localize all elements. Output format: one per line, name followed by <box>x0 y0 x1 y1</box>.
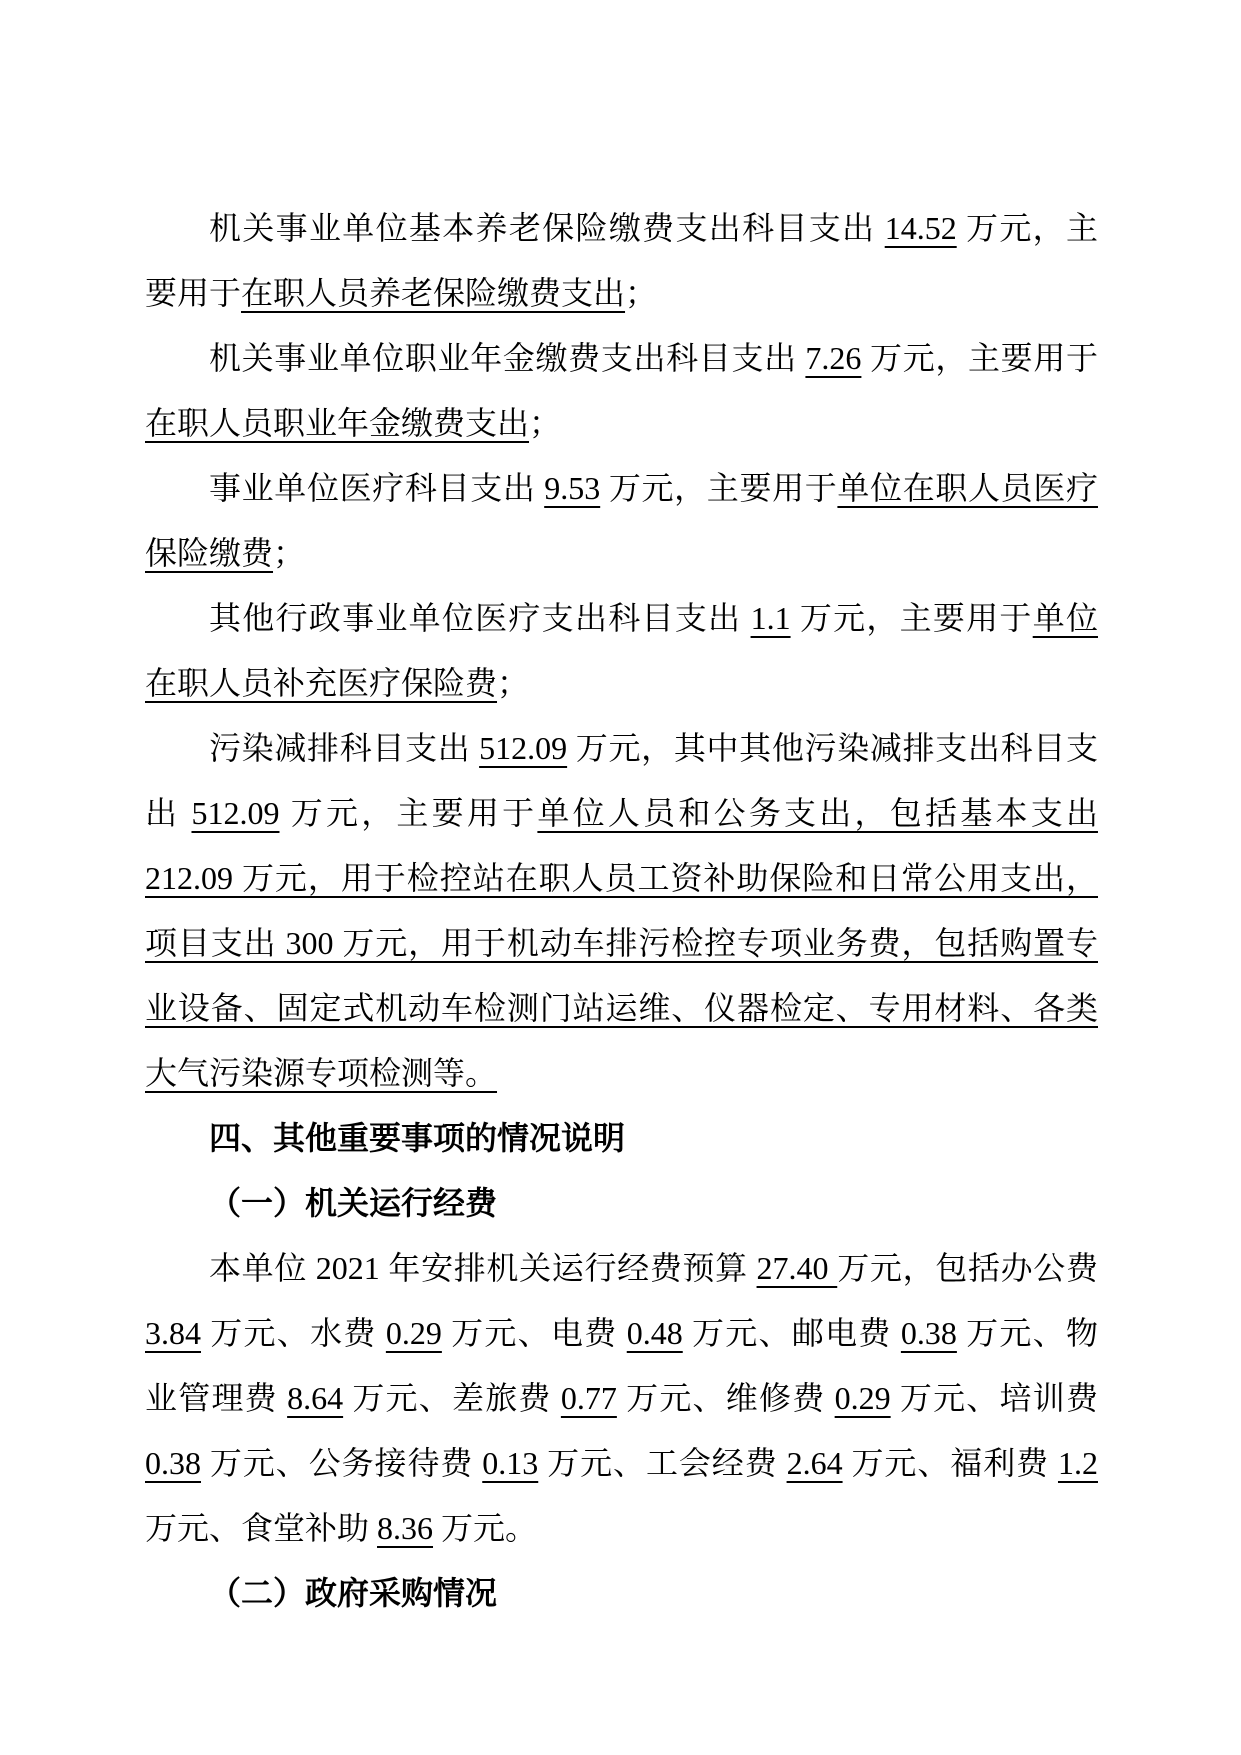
text-segment: ； <box>625 275 657 311</box>
text-segment: 其他行政事业单位医疗支出科目支出 <box>209 600 751 636</box>
subsection-heading-text: （二）政府采购情况 <box>209 1575 497 1611</box>
underlined-phrase: 单位人员和公务支出，包括基本支出 <box>537 795 1098 831</box>
text-segment: 万元，主要用于 <box>279 795 537 831</box>
paragraph-line: 3.84 万元、水费 0.29 万元、电费 0.48 万元、邮电费 0.38 万… <box>145 1301 1098 1366</box>
paragraph-line: 出 512.09 万元，主要用于单位人员和公务支出，包括基本支出 <box>145 781 1098 846</box>
underlined-value: 27.40 <box>757 1250 838 1286</box>
underlined-value: 0.13 <box>482 1445 538 1481</box>
text-segment: 万元、差旅费 <box>343 1380 561 1416</box>
paragraph-line: 机关事业单位基本养老保险缴费支出科目支出 14.52 万元，主 <box>145 196 1098 261</box>
underlined-value: 0.29 <box>386 1315 442 1351</box>
text-segment: 万元、培训费 <box>891 1380 1098 1416</box>
paragraph-line: 保险缴费； <box>145 521 1098 586</box>
underlined-value: 0.29 <box>835 1380 891 1416</box>
subsection-heading: （一）机关运行经费 <box>145 1171 1098 1236</box>
paragraph-line: 212.09 万元，用于检控站在职人员工资补助保险和日常公用支出， <box>145 846 1098 911</box>
underlined-value: 1.2 <box>1058 1445 1098 1481</box>
underlined-value: 8.64 <box>287 1380 343 1416</box>
text-segment: 万元，主要用于 <box>861 340 1098 376</box>
text-segment: 万元、公务接待费 <box>201 1445 482 1481</box>
section-heading: 四、其他重要事项的情况说明 <box>145 1106 1098 1171</box>
text-segment: 万元、食堂补助 <box>145 1510 377 1546</box>
text-segment: 万元、维修费 <box>617 1380 835 1416</box>
underlined-value: 512.09 <box>191 795 279 831</box>
underlined-value: 512.09 <box>479 730 567 766</box>
text-segment: 业管理费 <box>145 1380 287 1416</box>
text-segment: ； <box>273 535 305 571</box>
paragraph-line: 业设备、固定式机动车检测门站运维、仪器检定、专用材料、各类 <box>145 976 1098 1041</box>
text-segment: ； <box>529 405 561 441</box>
underlined-value: 8.36 <box>377 1510 433 1546</box>
underlined-phrase: 业设备、固定式机动车检测门站运维、仪器检定、专用材料、各类 <box>145 990 1098 1026</box>
text-segment: 万元、物 <box>957 1315 1098 1351</box>
paragraph-line: 大气污染源专项检测等。 <box>145 1041 1098 1106</box>
paragraph-line: 项目支出 300 万元，用于机动车排污检控专项业务费，包括购置专 <box>145 911 1098 976</box>
subsection-heading-text: （一）机关运行经费 <box>209 1185 497 1221</box>
text-segment: 万元，主 <box>957 210 1098 246</box>
text-segment: 万元。 <box>433 1510 537 1546</box>
section-heading-text: 四、其他重要事项的情况说明 <box>209 1120 625 1156</box>
text-segment: 万元，包括办公费 <box>837 1250 1098 1286</box>
underlined-value: 1.1 <box>751 600 791 636</box>
text-segment: 万元、福利费 <box>843 1445 1058 1481</box>
underlined-value: 3.84 <box>145 1315 201 1351</box>
text-segment: 出 <box>145 795 191 831</box>
underlined-value: 0.77 <box>561 1380 617 1416</box>
text-segment: 事业单位医疗科目支出 <box>209 470 544 506</box>
text-segment: 万元，主要用于 <box>791 600 1033 636</box>
underlined-phrase: 在职人员补充医疗保险费 <box>145 665 497 701</box>
text-segment: 万元，其中其他污染减排支出科目支 <box>567 730 1098 766</box>
underlined-phrase: 大气污染源专项检测等。 <box>145 1055 497 1091</box>
underlined-phrase: 保险缴费 <box>145 535 273 571</box>
underlined-value: 14.52 <box>885 210 957 246</box>
paragraph-line: 其他行政事业单位医疗支出科目支出 1.1 万元，主要用于单位 <box>145 586 1098 651</box>
text-segment: 机关事业单位职业年金缴费支出科目支出 <box>209 340 805 376</box>
underlined-phrase: 在职人员养老保险缴费支出 <box>241 275 625 311</box>
document-page: 机关事业单位基本养老保险缴费支出科目支出 14.52 万元，主 要用于在职人员养… <box>0 0 1241 1755</box>
text-segment: 污染减排科目支出 <box>209 730 479 766</box>
paragraph-line: 在职人员补充医疗保险费； <box>145 651 1098 716</box>
paragraph-line: 要用于在职人员养老保险缴费支出； <box>145 261 1098 326</box>
paragraph-line: 污染减排科目支出 512.09 万元，其中其他污染减排支出科目支 <box>145 716 1098 781</box>
text-segment: 本单位 2021 年安排机关运行经费预算 <box>209 1250 757 1286</box>
text-segment: 要用于 <box>145 275 241 311</box>
underlined-value: 2.64 <box>787 1445 843 1481</box>
text-segment: 万元、邮电费 <box>683 1315 901 1351</box>
underlined-phrase: 单位在职人员医疗 <box>837 470 1098 506</box>
text-segment: 万元、工会经费 <box>538 1445 786 1481</box>
underlined-phrase: 项目支出 300 万元，用于机动车排污检控专项业务费，包括购置专 <box>145 925 1098 961</box>
paragraph-line: 机关事业单位职业年金缴费支出科目支出 7.26 万元，主要用于 <box>145 326 1098 391</box>
underlined-value: 7.26 <box>805 340 861 376</box>
underlined-phrase: 单位 <box>1033 600 1098 636</box>
text-segment: 机关事业单位基本养老保险缴费支出科目支出 <box>209 210 885 246</box>
underlined-value: 0.38 <box>901 1315 957 1351</box>
paragraph-line: 事业单位医疗科目支出 9.53 万元，主要用于单位在职人员医疗 <box>145 456 1098 521</box>
text-segment: ； <box>497 665 529 701</box>
paragraph-line: 在职人员职业年金缴费支出； <box>145 391 1098 456</box>
underlined-phrase: 在职人员职业年金缴费支出 <box>145 405 529 441</box>
text-segment: 万元、水费 <box>201 1315 386 1351</box>
paragraph-line: 业管理费 8.64 万元、差旅费 0.77 万元、维修费 0.29 万元、培训费 <box>145 1366 1098 1431</box>
paragraph-line: 0.38 万元、公务接待费 0.13 万元、工会经费 2.64 万元、福利费 1… <box>145 1431 1098 1496</box>
underlined-value: 0.48 <box>627 1315 683 1351</box>
paragraph-line: 本单位 2021 年安排机关运行经费预算 27.40 万元，包括办公费 <box>145 1236 1098 1301</box>
subsection-heading: （二）政府采购情况 <box>145 1561 1098 1626</box>
underlined-phrase: 212.09 万元，用于检控站在职人员工资补助保险和日常公用支出， <box>145 860 1098 896</box>
text-segment: 万元，主要用于 <box>600 470 837 506</box>
paragraph-line: 万元、食堂补助 8.36 万元。 <box>145 1496 1098 1561</box>
underlined-value: 0.38 <box>145 1445 201 1481</box>
text-segment: 万元、电费 <box>442 1315 627 1351</box>
underlined-value: 9.53 <box>544 470 600 506</box>
